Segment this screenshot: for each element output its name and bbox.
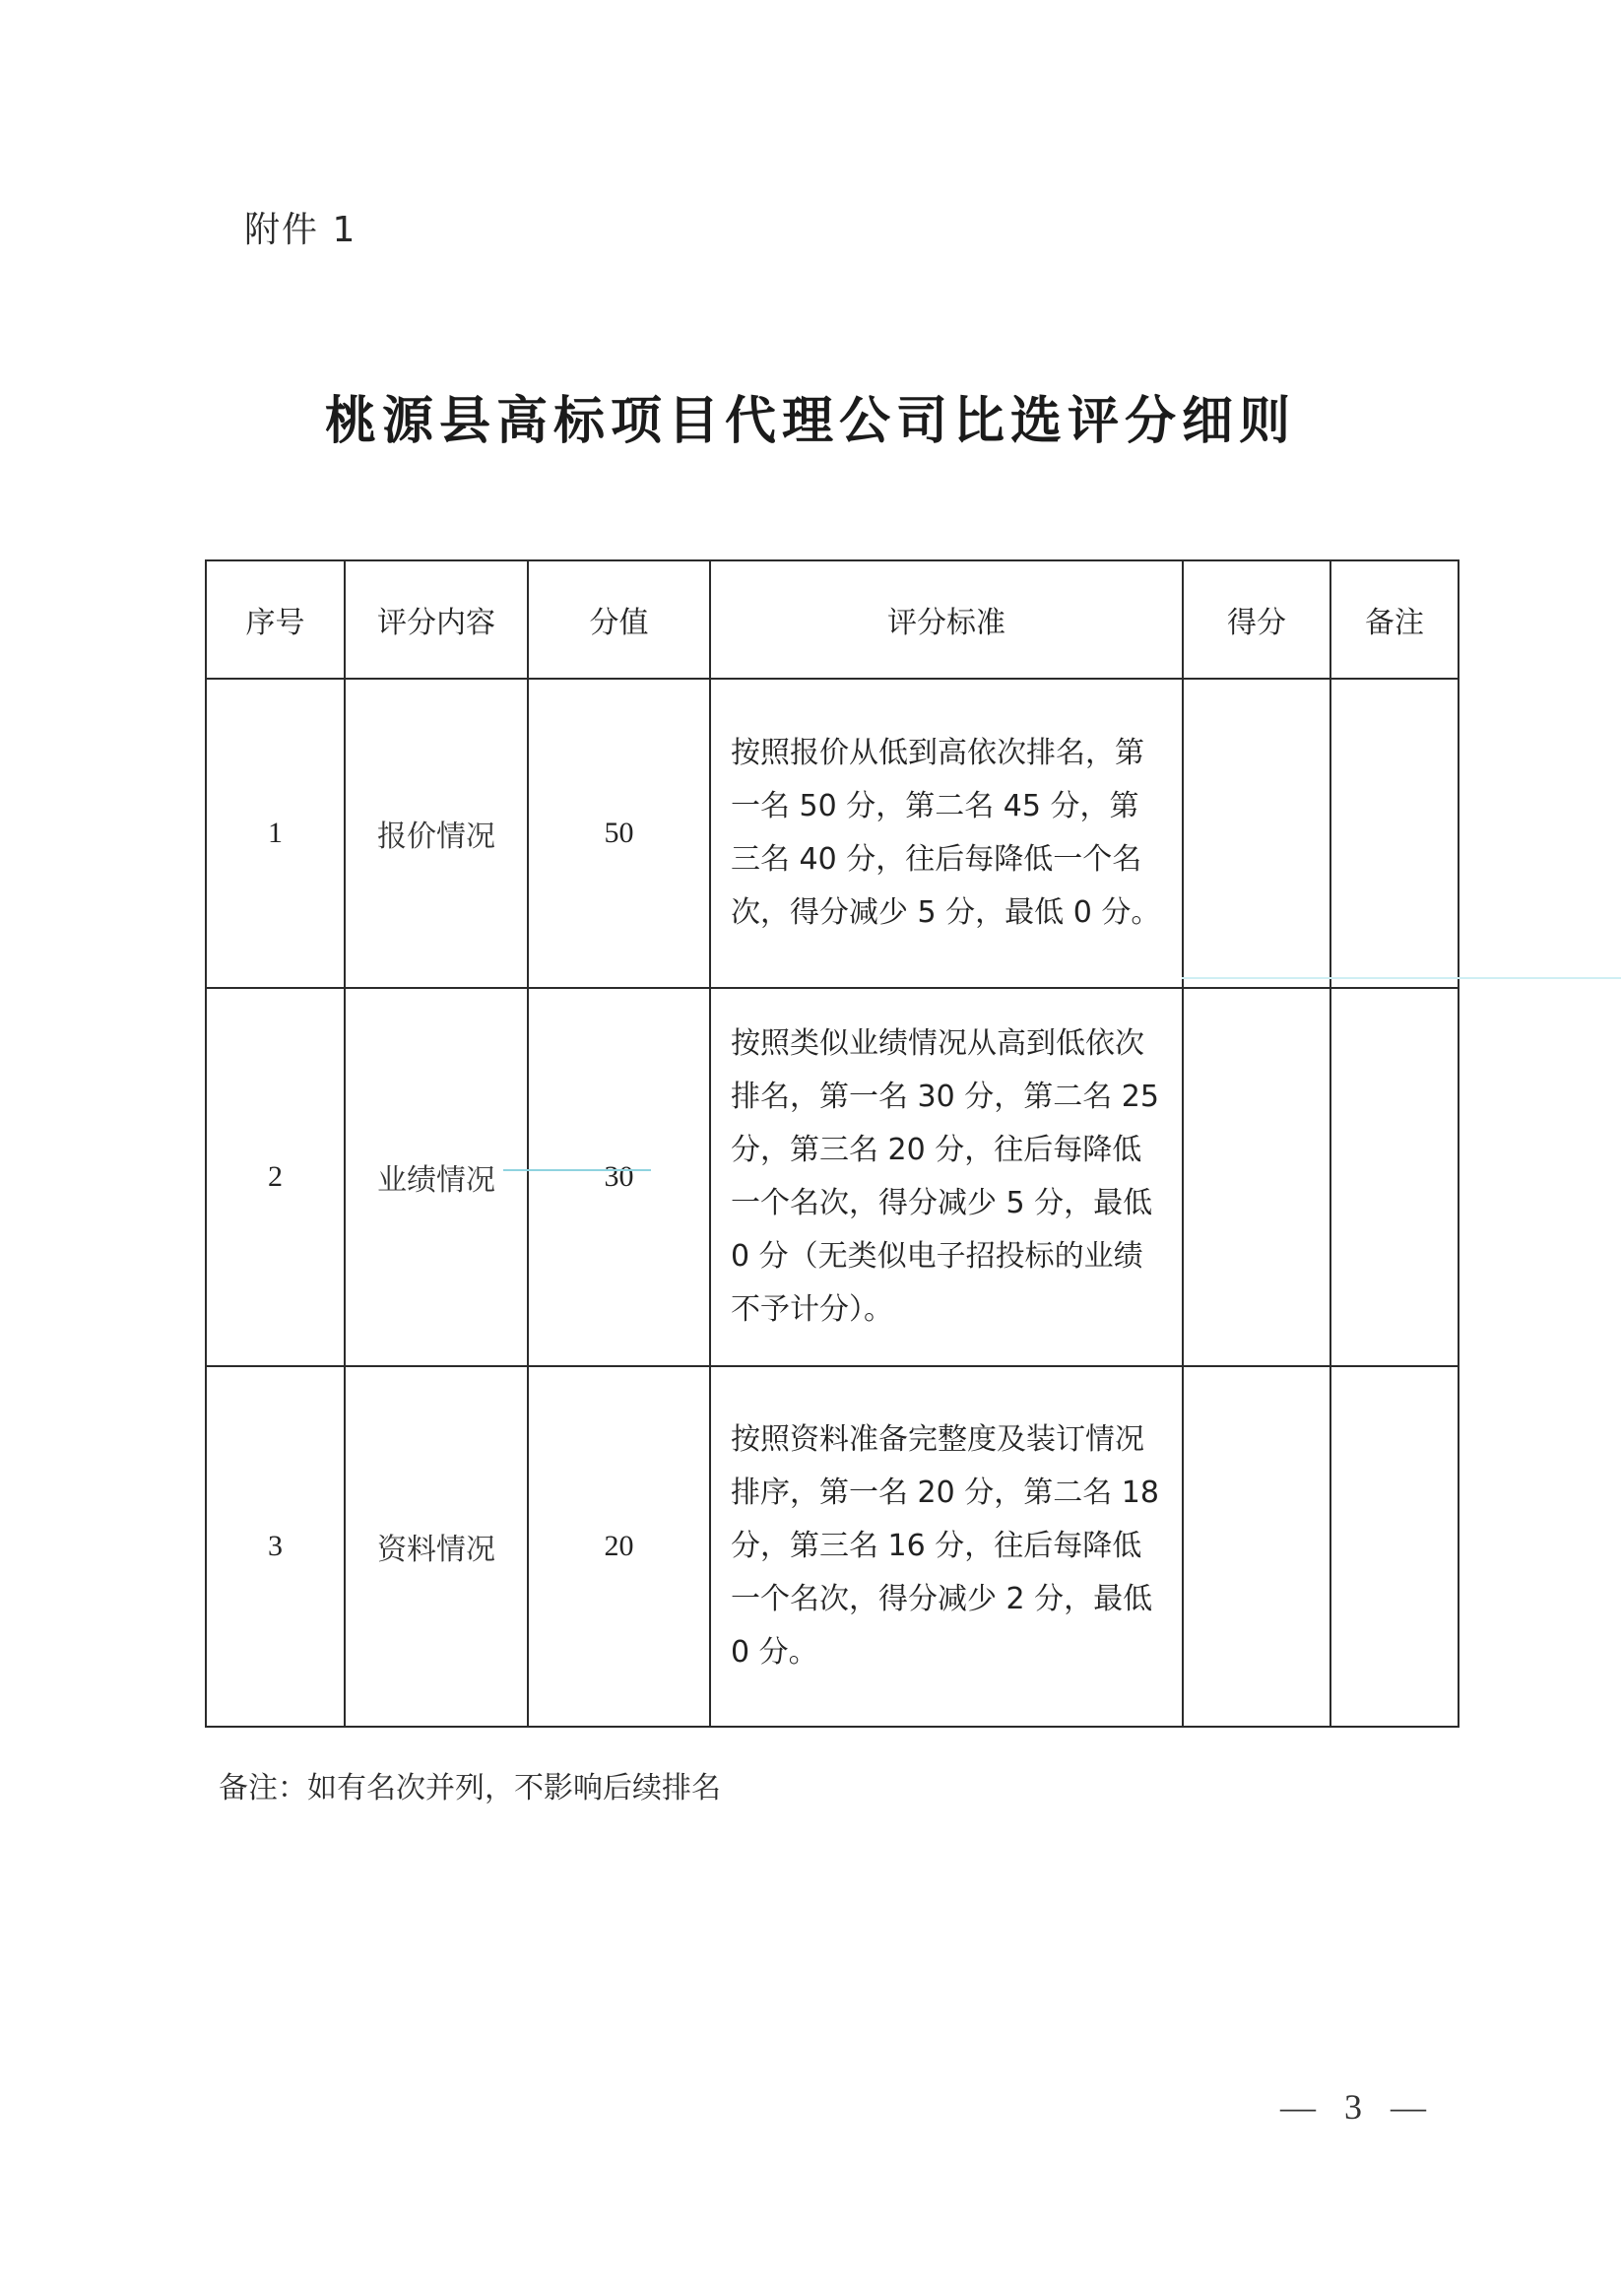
row-index: 2 xyxy=(206,988,345,1366)
row-points: 30 xyxy=(528,988,710,1366)
header-item: 评分内容 xyxy=(345,560,528,679)
scan-artifact-line xyxy=(503,1169,651,1171)
row-criteria: 按照类似业绩情况从高到低依次排名，第一名 30 分，第二名 25 分，第三名 2… xyxy=(710,988,1183,1366)
row-criteria: 按照资料准备完整度及装订情况排序，第一名 20 分，第二名 18 分，第三名 1… xyxy=(710,1366,1183,1727)
row-remark xyxy=(1330,679,1459,988)
attachment-label: 附件 1 xyxy=(244,202,357,252)
table-row: 3 资料情况 20 按照资料准备完整度及装订情况排序，第一名 20 分，第二名 … xyxy=(206,1366,1459,1727)
header-remark: 备注 xyxy=(1330,560,1459,679)
scan-artifact-line xyxy=(1182,977,1621,979)
row-remark xyxy=(1330,1366,1459,1727)
row-item: 资料情况 xyxy=(345,1366,528,1727)
row-item: 业绩情况 xyxy=(345,988,528,1366)
scoring-table: 序号 评分内容 分值 评分标准 得分 备注 1 报价情况 50 按照报价从低到高… xyxy=(205,559,1459,1728)
page-number: — 3 — xyxy=(1280,2086,1436,2128)
row-item: 报价情况 xyxy=(345,679,528,988)
row-points: 20 xyxy=(528,1366,710,1727)
row-score xyxy=(1183,679,1330,988)
document-title: 桃源县高标项目代理公司比选评分细则 xyxy=(325,379,1296,453)
row-score xyxy=(1183,1366,1330,1727)
row-remark xyxy=(1330,988,1459,1366)
header-points: 分值 xyxy=(528,560,710,679)
header-index: 序号 xyxy=(206,560,345,679)
row-criteria: 按照报价从低到高依次排名，第一名 50 分，第二名 45 分，第三名 40 分，… xyxy=(710,679,1183,988)
table-row: 1 报价情况 50 按照报价从低到高依次排名，第一名 50 分，第二名 45 分… xyxy=(206,679,1459,988)
row-index: 3 xyxy=(206,1366,345,1727)
table-row: 2 业绩情况 30 按照类似业绩情况从高到低依次排名，第一名 30 分，第二名 … xyxy=(206,988,1459,1366)
header-criteria: 评分标准 xyxy=(710,560,1183,679)
row-score xyxy=(1183,988,1330,1366)
row-index: 1 xyxy=(206,679,345,988)
header-score: 得分 xyxy=(1183,560,1330,679)
row-points: 50 xyxy=(528,679,710,988)
table-header-row: 序号 评分内容 分值 评分标准 得分 备注 xyxy=(206,560,1459,679)
footnote: 备注：如有名次并列，不影响后续排名 xyxy=(219,1763,721,1806)
